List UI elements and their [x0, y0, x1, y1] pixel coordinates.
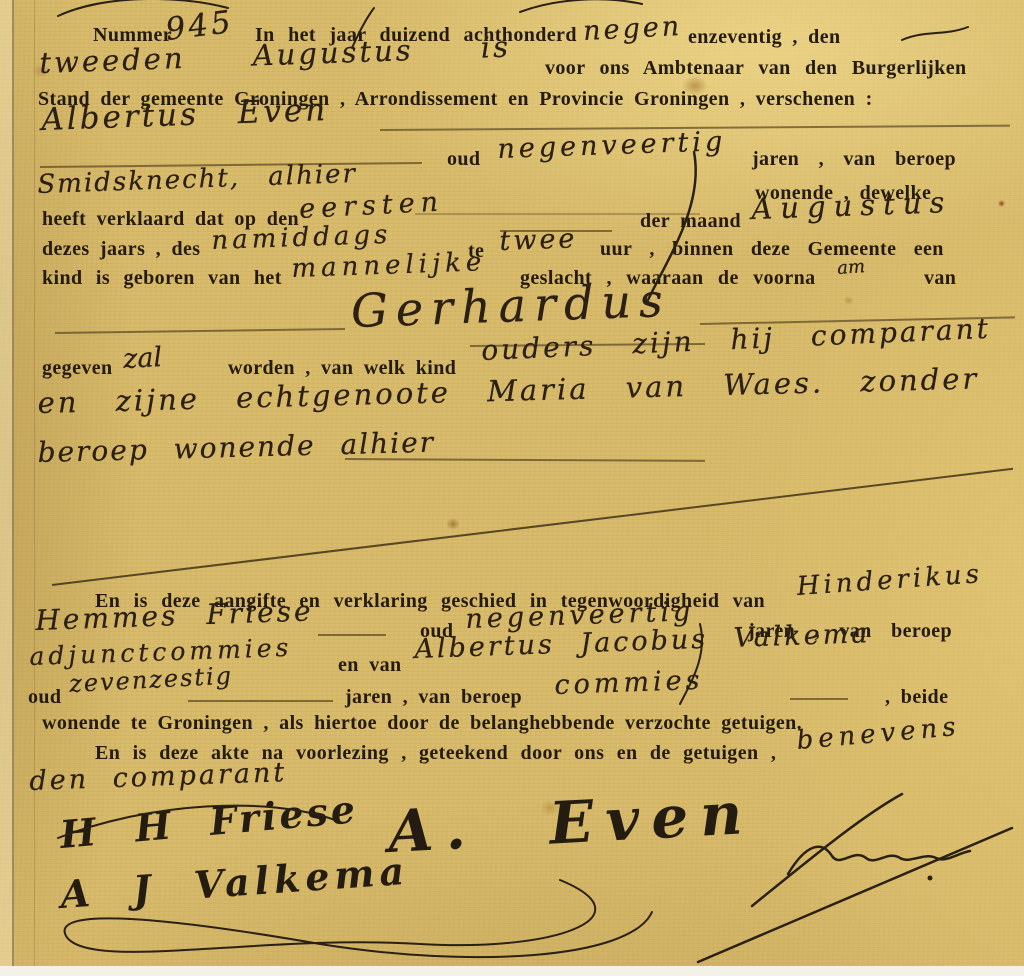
beide-printed: , beide	[885, 686, 948, 709]
name-correction: am	[837, 256, 866, 279]
birth-day: eersten	[298, 186, 444, 225]
age-suffix: jaren , van beroep	[752, 148, 956, 171]
time-printed-suffix: uur , binnen deze Gemeente een	[600, 238, 944, 261]
witness2-age-label: oud	[28, 686, 61, 709]
given-printed: gegeven	[42, 357, 113, 380]
child-gender: mannelijke	[291, 247, 487, 284]
signature-even: A. Even	[386, 779, 755, 866]
time-hour: twee	[499, 223, 578, 257]
age-label: oud	[447, 148, 480, 171]
signature-valkema: A J Valkema	[59, 848, 411, 917]
closing-benevens: benevens	[795, 712, 961, 756]
registrar-signature-dot	[928, 876, 933, 881]
witness-residence-printed: wonende te Groningen , als hiertoe door …	[42, 712, 802, 735]
child-printed-van: van	[924, 267, 956, 290]
den-dash-flourish	[902, 27, 968, 40]
paper-stain	[843, 296, 854, 305]
month-label: der maand	[640, 210, 741, 233]
year-printed-suffix: enzeventig , den	[688, 26, 841, 49]
paper-stain	[446, 518, 460, 530]
witness2-occupation: commies	[554, 665, 704, 701]
birth-certificate-scan: Nummer 945 In het jaar duizend achthonde…	[0, 0, 1024, 976]
witness1-name-part1: Hinderikus	[796, 559, 984, 602]
ink-speck-red	[998, 200, 1005, 207]
ruled-line	[55, 328, 345, 334]
time-printed-prefix: dezes jaars , des	[42, 238, 200, 261]
ruled-line	[188, 700, 333, 702]
declarant-age: negenveertig	[497, 126, 727, 165]
year-handwritten: negen	[582, 11, 683, 47]
birth-month: Augustus	[751, 185, 953, 226]
ruled-line	[318, 634, 386, 636]
child-printed-prefix: kind is geboren van het	[42, 267, 282, 290]
registrar-signature-underline	[698, 828, 1012, 962]
signature-friese: H H Friese	[58, 786, 360, 857]
paper-fold-line	[34, 0, 35, 976]
witness1-name-part2: Hemmes Friese	[35, 594, 314, 637]
given-zal: zal	[122, 342, 163, 375]
paper-left-edge	[0, 0, 14, 976]
witness2-intro-printed: en van	[338, 654, 402, 677]
parents-line-3: beroep wonende alhier	[37, 426, 435, 469]
closing-den-comparant: den comparant	[29, 757, 288, 797]
registrar-signature-scrawl	[788, 847, 970, 874]
registrar-signature-upstroke	[752, 794, 902, 906]
ruled-line	[790, 698, 848, 700]
parents-line-2: en zijne echtgenoote Maria van Waes. zon…	[37, 361, 980, 420]
top-mid-flourish	[520, 0, 642, 12]
registrar-printed-1: voor ons Ambtenaar van den Burgerlijken	[545, 57, 967, 80]
ruled-line	[345, 458, 705, 462]
scan-bottom-strip	[0, 966, 1024, 976]
witness2-age-suffix: jaren , van beroep	[345, 686, 522, 709]
